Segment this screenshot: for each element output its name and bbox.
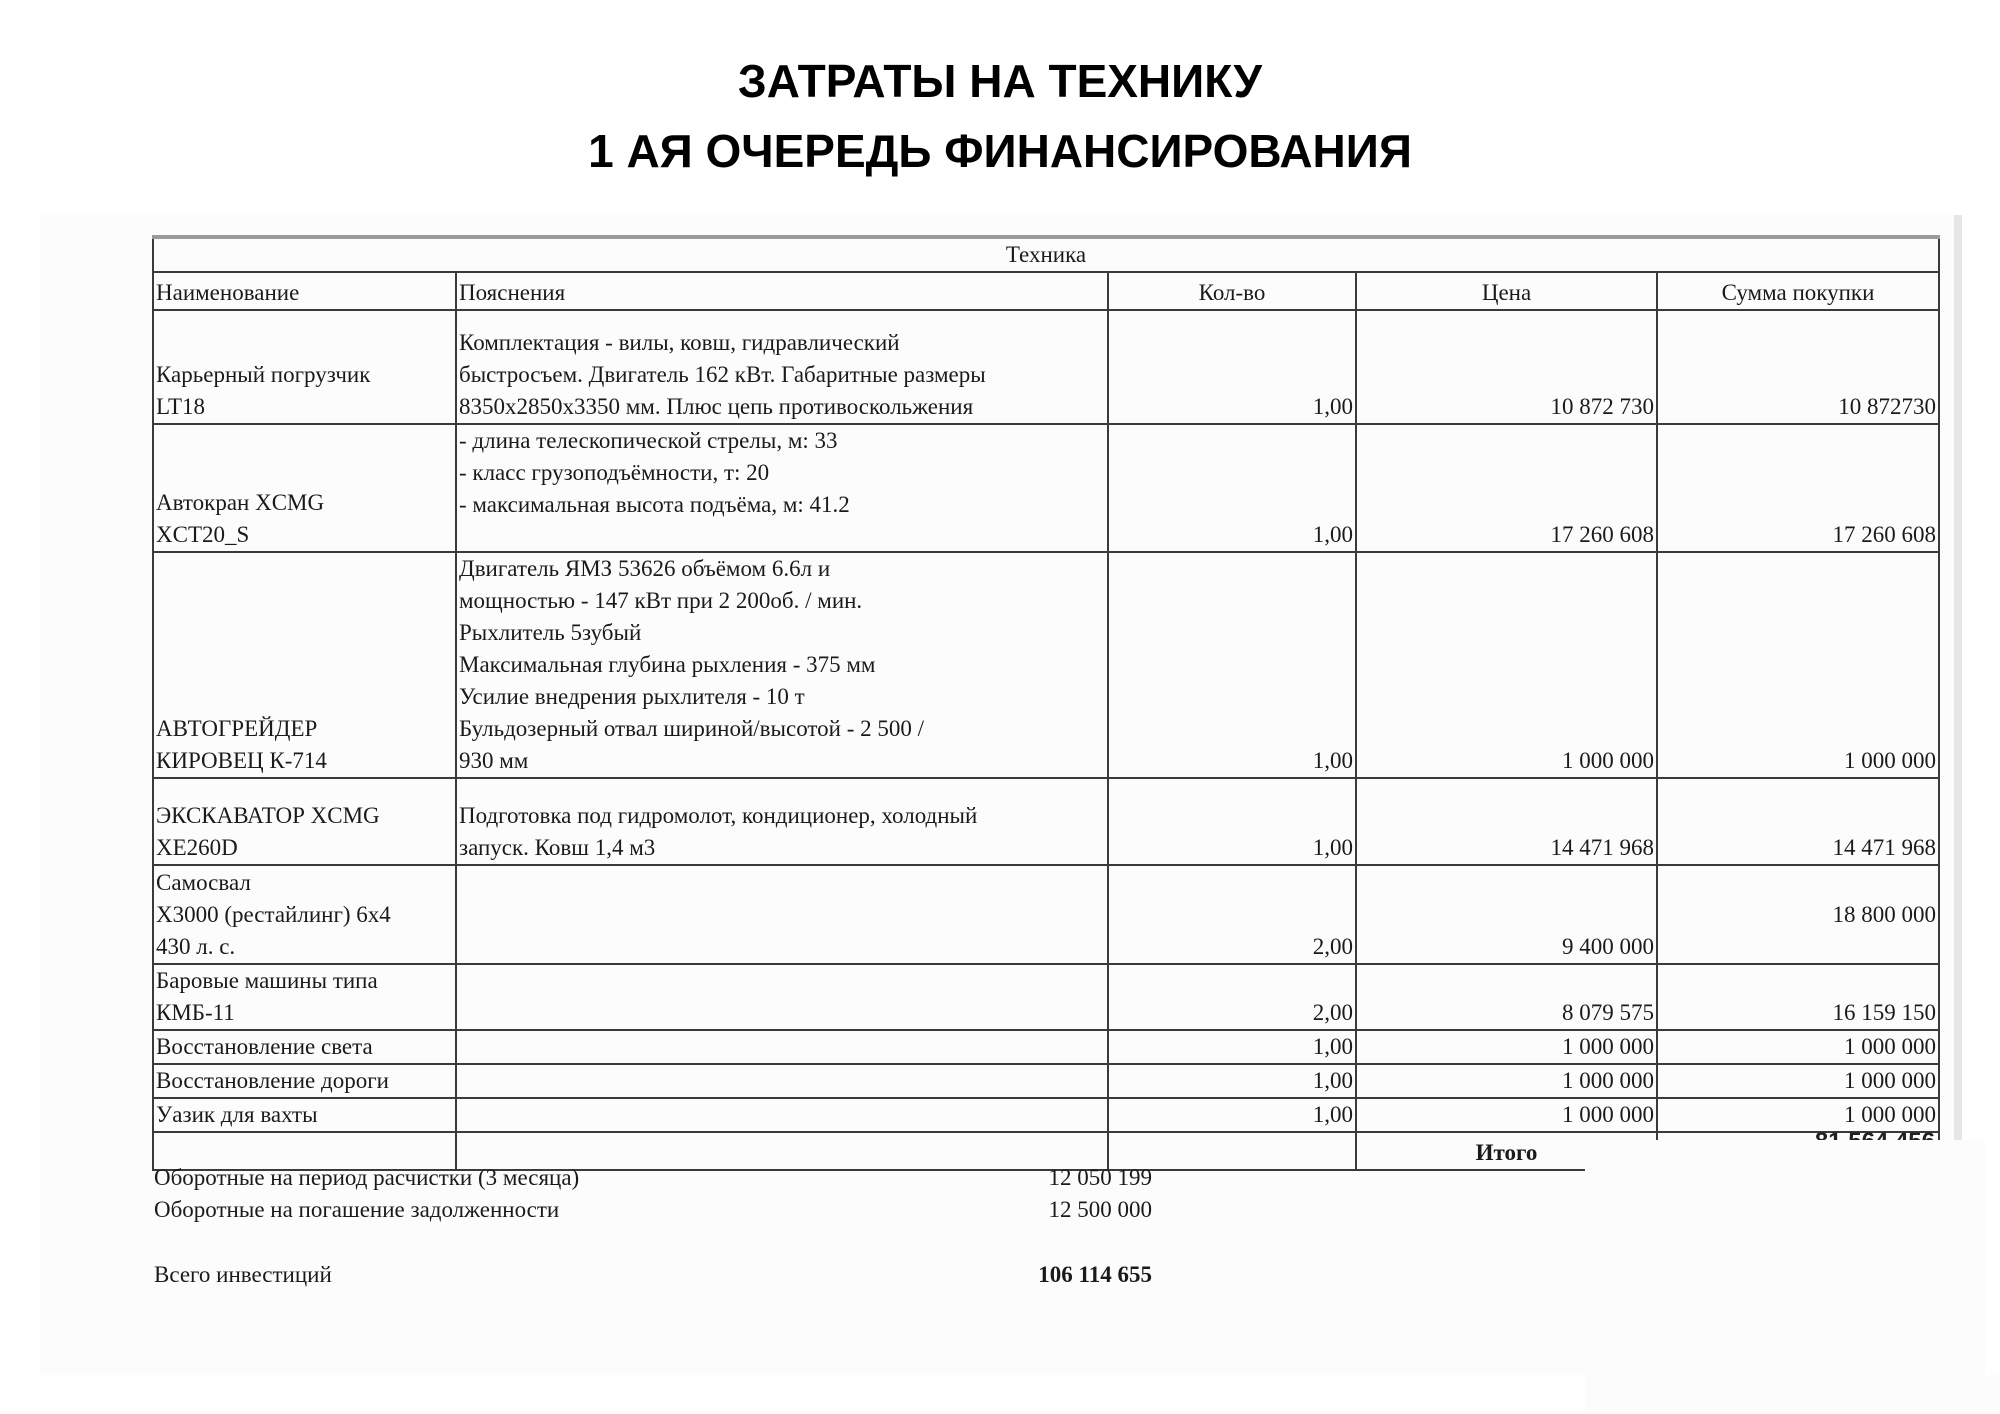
table-row: Баровые машины типаКМБ-112,008 079 57516… xyxy=(153,964,1939,1030)
cell-name: СамосвалX3000 (рестайлинг) 6x4430 л. с. xyxy=(153,865,456,964)
cell-qty: 1,00 xyxy=(1108,1030,1356,1064)
footer-row-working-capital-clearing: Оборотные на период расчистки (3 месяца)… xyxy=(152,1162,1352,1194)
table-row: Уазик для вахты1,001 000 0001 000 000 xyxy=(153,1098,1939,1132)
cell-name: Баровые машины типаКМБ-11 xyxy=(153,964,456,1030)
cell-sum: 1 000 000 xyxy=(1657,1064,1939,1098)
cell-name: АВТОГРЕЙДЕРКИРОВЕЦ К-714 xyxy=(153,552,456,778)
cell-name: Автокран XCMGXCT20_S xyxy=(153,424,456,552)
footer-value: 106 114 655 xyxy=(1038,1259,1152,1291)
cell-sum: 1 000 000 xyxy=(1657,1030,1939,1064)
header-qty: Кол-во xyxy=(1108,272,1356,310)
cell-price: 1 000 000 xyxy=(1356,1098,1657,1132)
cell-price: 14 471 968 xyxy=(1356,778,1657,865)
cell-notes: - длина телескопической стрелы, м: 33- к… xyxy=(456,424,1108,552)
cell-notes xyxy=(456,964,1108,1030)
footer-label: Оборотные на период расчистки (3 месяца) xyxy=(154,1162,579,1194)
cell-name: Уазик для вахты xyxy=(153,1098,456,1132)
cell-price: 1 000 000 xyxy=(1356,1030,1657,1064)
cell-notes xyxy=(456,1030,1108,1064)
cell-qty: 2,00 xyxy=(1108,964,1356,1030)
footer-value: 12 050 199 xyxy=(1049,1162,1153,1194)
cell-sum: 16 159 150 xyxy=(1657,964,1939,1030)
cell-name: ЭКСКАВАТОР XCMGXE260D xyxy=(153,778,456,865)
header-sum: Сумма покупки xyxy=(1657,272,1939,310)
header-notes: Пояснения xyxy=(456,272,1108,310)
cell-qty: 1,00 xyxy=(1108,424,1356,552)
cell-name: Восстановление света xyxy=(153,1030,456,1064)
header-name: Наименование xyxy=(153,272,456,310)
table-row: Автокран XCMGXCT20_S- длина телескопичес… xyxy=(153,424,1939,552)
cell-sum: 14 471 968 xyxy=(1657,778,1939,865)
scan-corner xyxy=(1585,1375,2000,1414)
table-row: Карьерный погрузчикLT18Комплектация - ви… xyxy=(153,310,1939,424)
footer-label: Оборотные на погашение задолженности xyxy=(154,1194,559,1226)
cell-price: 10 872 730 xyxy=(1356,310,1657,424)
cell-sum: 1 000 000 xyxy=(1657,1098,1939,1132)
cell-sum: 1 000 000 xyxy=(1657,552,1939,778)
table-row: ЭКСКАВАТОР XCMGXE260DПодготовка под гидр… xyxy=(153,778,1939,865)
table-row: АВТОГРЕЙДЕРКИРОВЕЦ К-714Двигатель ЯМЗ 53… xyxy=(153,552,1939,778)
cell-qty: 1,00 xyxy=(1108,310,1356,424)
cell-qty: 1,00 xyxy=(1108,1098,1356,1132)
clipped-region xyxy=(1585,1140,1985,1375)
footer-value: 12 500 000 xyxy=(1049,1194,1153,1226)
table-caption: Техника xyxy=(153,237,1939,272)
cell-price: 1 000 000 xyxy=(1356,552,1657,778)
table-row: Восстановление света1,001 000 0001 000 0… xyxy=(153,1030,1939,1064)
table-header-row: Наименование Пояснения Кол-во Цена Сумма… xyxy=(153,272,1939,310)
footer-row-working-capital-debt: Оборотные на погашение задолженности 12 … xyxy=(152,1194,1352,1226)
cell-notes xyxy=(456,865,1108,964)
cell-price: 1 000 000 xyxy=(1356,1064,1657,1098)
cell-sum: 18 800 000 xyxy=(1657,865,1939,964)
cell-price: 9 400 000 xyxy=(1356,865,1657,964)
cell-notes: Комплектация - вилы, ковш, гидравлически… xyxy=(456,310,1108,424)
page-subtitle: 1 АЯ ОЧЕРЕДЬ ФИНАНСИРОВАНИЯ xyxy=(0,124,2000,178)
table-body: Карьерный погрузчикLT18Комплектация - ви… xyxy=(153,310,1939,1132)
cell-sum: 17 260 608 xyxy=(1657,424,1939,552)
total-value: 81 564 456 xyxy=(1660,1128,1935,1140)
table-row: СамосвалX3000 (рестайлинг) 6x4430 л. с.2… xyxy=(153,865,1939,964)
cell-price: 17 260 608 xyxy=(1356,424,1657,552)
cell-qty: 1,00 xyxy=(1108,1064,1356,1098)
cell-name: Карьерный погрузчикLT18 xyxy=(153,310,456,424)
cell-notes: Двигатель ЯМЗ 53626 объёмом 6.6л имощнос… xyxy=(456,552,1108,778)
cell-qty: 1,00 xyxy=(1108,778,1356,865)
cell-qty: 2,00 xyxy=(1108,865,1356,964)
equipment-cost-table: Техника Наименование Пояснения Кол-во Це… xyxy=(152,235,1940,1171)
cell-notes xyxy=(456,1098,1108,1132)
cell-notes xyxy=(456,1064,1108,1098)
footer-label: Всего инвестиций xyxy=(154,1259,332,1291)
cell-name: Восстановление дороги xyxy=(153,1064,456,1098)
cell-price: 8 079 575 xyxy=(1356,964,1657,1030)
table-row: Восстановление дороги1,001 000 0001 000 … xyxy=(153,1064,1939,1098)
scan-edge-shadow xyxy=(1954,215,1962,1140)
header-price: Цена xyxy=(1356,272,1657,310)
footer-row-total-investment: Всего инвестиций 106 114 655 xyxy=(152,1259,1352,1291)
cell-notes: Подготовка под гидромолот, кондиционер, … xyxy=(456,778,1108,865)
table-caption-row: Техника xyxy=(153,237,1939,272)
cell-sum: 10 872730 xyxy=(1657,310,1939,424)
cell-qty: 1,00 xyxy=(1108,552,1356,778)
page-title: ЗАТРАТЫ НА ТЕХНИКУ xyxy=(0,54,2000,108)
